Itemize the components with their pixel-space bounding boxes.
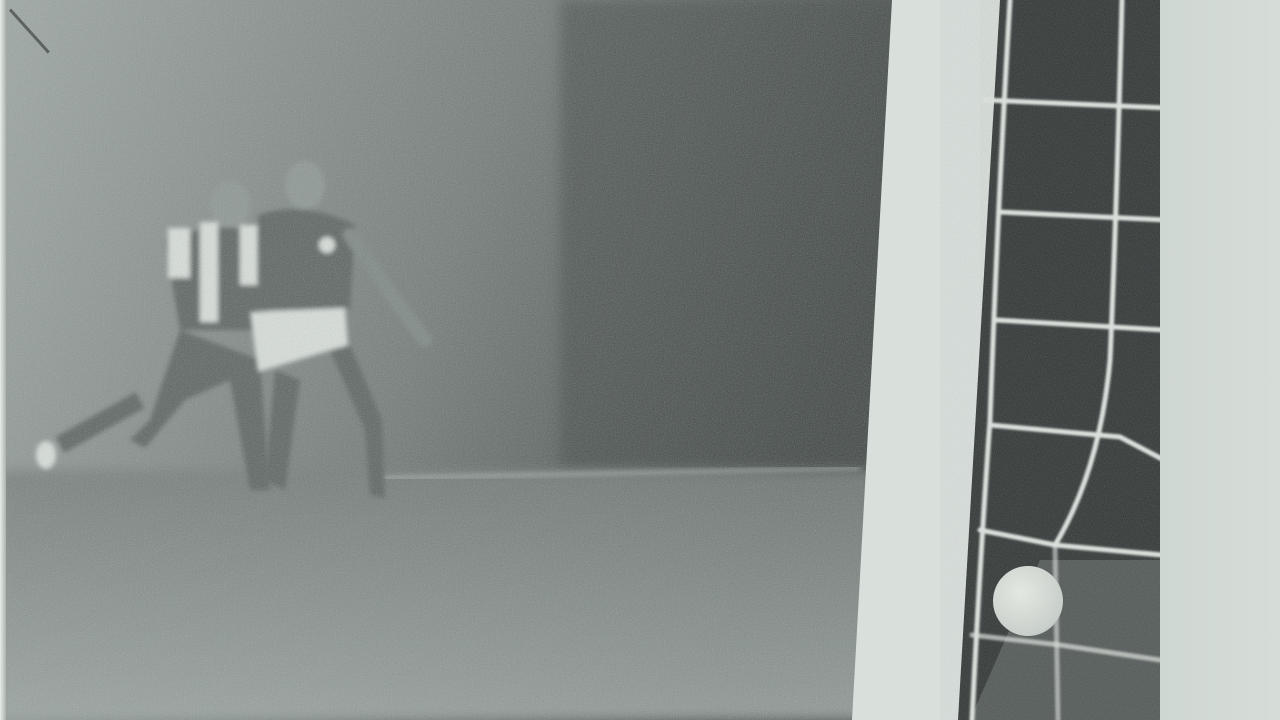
football-scene (0, 0, 900, 720)
page-edge (0, 0, 6, 720)
paper-margin (1160, 0, 1280, 720)
ball (993, 566, 1063, 636)
newspaper-photo (0, 0, 1280, 720)
